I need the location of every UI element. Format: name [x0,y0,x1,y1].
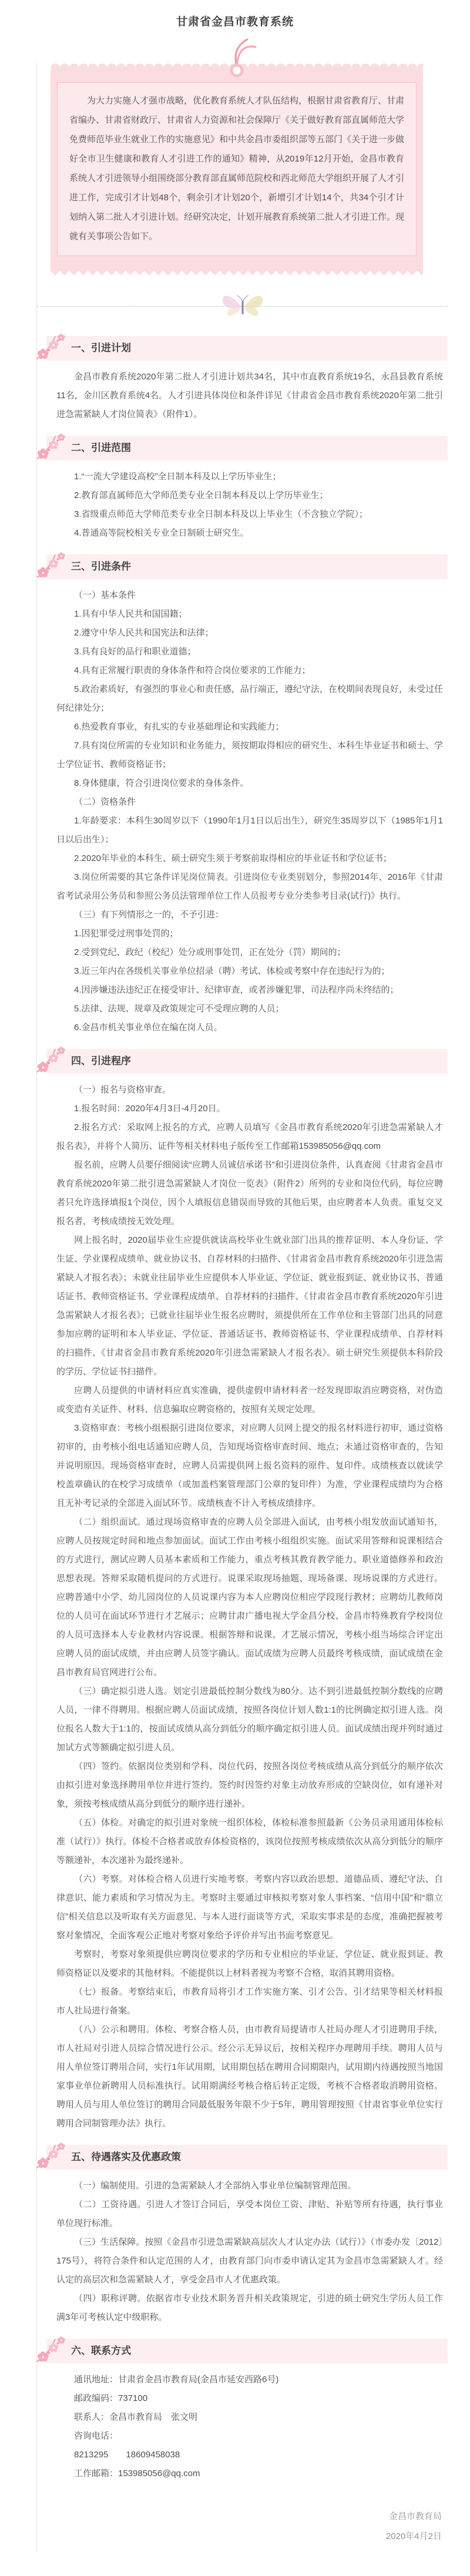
section-body: 金昌市教育系统2020年第二批人才引进计划共34名，其中市直教育系统19名，永昌… [37,361,448,426]
section-body: （一）基本条件1.具有中华人民共和国国籍；2.遵守中华人民共和国宪法和法律；3.… [37,579,448,1040]
paragraph: 8213295 18609458038 [56,2446,443,2464]
paragraph: 应聘人员提供的申请材料应真实准确，提供虚假申请材料者一经发现即取消应聘资格，对伪… [56,1381,443,1419]
section-title: 五、待遇落实及优惠政策 [71,2151,181,2163]
sakura-icon [34,331,68,362]
paragraph: 2.2020年毕业的本科生、硕士研究生须于考察前取得相应的毕业证书和学位证书； [56,849,443,868]
paragraph: （二）组织面试。通过现场资格审查的应聘人员全部进入面试，由考核小组发放面试通知书… [56,1513,443,1682]
paragraph: （一）编制使用。引进的急需紧缺人才全部纳入事业单位编制管理范围。 [56,2177,443,2195]
paragraph: 1.“一流大学建设高校”全日制本科及以上学历毕业生； [56,468,443,486]
paragraph: 网上报名时，2020届毕业生应提供就读高校毕业生就业部门出具的推荐证明、本人身份… [56,1231,443,1381]
section: 一、引进计划 金昌市教育系统2020年第二批人才引进计划共34名，其中市直教育系… [37,336,448,426]
sakura-icon [34,2333,68,2365]
paragraph: 1.因犯罪受过刑事处罚的； [56,924,443,943]
paragraph: 4.普通高等院校相关专业全日制硕士研究生。 [56,524,443,543]
section-title: 六、联系方式 [71,2345,131,2356]
section-heading: 二、引进范围 [46,436,448,460]
section-title: 三、引进条件 [71,561,131,572]
section-body: （一）编制使用。引进的急需紧缺人才全部纳入事业单位编制管理范围。（二）工资待遇。… [37,2170,448,2329]
paragraph: 联系人：金昌市教育局 张文明 [56,2408,443,2427]
paragraph: （二）工资待遇。引进人才签订合同后，享受本岗位工资、津贴、补贴等所有待遇，执行事… [56,2195,443,2233]
sakura-icon [34,549,68,581]
footer: 金昌市教育局 2020年4月2日 [37,2486,448,2547]
paragraph: （七）报备。考察结束后，市教育局将引才工作实施方案、引才公告、引才结果等相关材料… [56,1983,443,2020]
paragraph: （四）签约。依据岗位类别和学科、岗位代码，按照各岗位考核成绩从高分到低分的顺序依… [56,1757,443,1814]
ribbon-icon [209,32,265,78]
zigzag-edge [51,270,423,275]
paragraph: （四）职称评聘。依据省市专业技术职务晋升相关政策规定，引进的硕士研究生学历人员工… [56,2289,443,2327]
paragraph: 2.报名方式：采取网上报名的方式，应聘人员填写《金昌市教育系统2020年引进急需… [56,1118,443,1156]
paragraph: 2.受到党纪、政纪（校纪）处分或刑事处罚，正在处分（罚）期间的； [56,943,443,962]
paragraph: 3.资格审查：考核小组根据引进岗位要求，对应聘人员网上提交的报名材料进行初审，通… [56,1419,443,1513]
notice-inner: 为大力实施人才强市战略，优化教育系统人才队伍结构，根据甘肃省教育厅、甘肃省编办、… [57,82,417,256]
section: 三、引进条件 （一）基本条件1.具有中华人民共和国国籍；2.遵守中华人民共和国宪… [37,554,448,1040]
paragraph: 通讯地址：甘肃省金昌市教育局(金昌市延安西路6号) [56,2370,443,2389]
sakura-icon [34,431,68,462]
paragraph: （一）基本条件 [56,586,443,605]
paragraph: 考察时，考察对象须提供应聘岗位要求的学历和专业相应的毕业证、学位证、就业报到证、… [56,1945,443,1983]
paragraph: 5.政治素质好，有强烈的事业心和责任感，品行端正，遵纪守法，在校期间表现良好，未… [56,680,443,718]
intro-paragraph: 为大力实施人才强市战略，优化教育系统人才队伍结构，根据甘肃省教育厅、甘肃省编办、… [69,91,404,246]
section-title: 二、引进范围 [71,442,131,453]
paragraph: 8.身体健康，符合引进岗位要求的身体条件。 [56,774,443,793]
paragraph: 6.金昌市机关事业单位在编在岗人员。 [56,1018,443,1037]
section: 四、引进程序 （一）报名与资格审查。1.报名时间：2020年4月3日-4月20日… [37,1049,448,2136]
butterfly-icon [218,291,267,323]
paragraph: 报名前，应聘人员要仔细阅读“应聘人员诚信承诺书”和引进岗位条件，认真查阅《甘肃省… [56,1156,443,1231]
article: 为大力实施人才强市战略，优化教育系统人才队伍结构，根据甘肃省教育厅、甘肃省编办、… [36,63,448,2553]
paragraph: 1.报名时间：2020年4月3日-4月20日。 [56,1099,443,1118]
paragraph: 4.具有正常履行职责的身体条件和符合岗位要求的工作能力； [56,661,443,680]
paragraph: 3.近三年内在各级机关事业单位招录（聘）考试、体检或考察中存在违纪行为的； [56,962,443,981]
paragraph: 3.具有良好的品行和职业道德； [56,643,443,661]
footer-date: 2020年4月2日 [37,2527,442,2547]
section-title: 一、引进计划 [71,342,131,354]
section-heading: 六、联系方式 [46,2339,448,2363]
section-heading: 一、引进计划 [46,336,448,361]
paragraph: （二）资格条件 [56,793,443,812]
paragraph: 6.热爱教育事业，有扎实的专业基础理论和实践能力； [56,718,443,737]
paragraph: 2.教育部直属师范大学师范类专业全日制本科及以上学历毕业生； [56,486,443,505]
section-divider [37,306,448,307]
paragraph: 咨询电话： [56,2427,443,2446]
paragraph: 邮政编码：737100 [56,2389,443,2408]
paragraph: （三）确定拟引进人选。划定引进最低控制分数线为80分。达不到引进最低控制分数线的… [56,1682,443,1757]
notice-outer: 为大力实施人才强市战略，优化教育系统人才队伍结构，根据甘肃省教育厅、甘肃省编办、… [51,68,423,270]
paragraph: 7.具有岗位所需的专业知识和业务能力，须按期取得相应的研究生、本科生毕业证书和硕… [56,737,443,774]
paragraph: （三）生活保障。按照《金昌市引进急需紧缺高层次人才认定办法（试行）》（市委办发〔… [56,2233,443,2289]
section-heading: 三、引进条件 [46,554,448,579]
paragraph: 金昌市教育系统2020年第二批人才引进计划共34名，其中市直教育系统19名，永昌… [56,368,443,424]
paragraph: 4.因涉嫌违法违纪正在接受审计、纪律审查，或者涉嫌犯罪，司法程序尚未终结的； [56,981,443,1000]
paragraph: 1.年龄要求：本科生30周岁以下（1990年1月1日以后出生），研究生35周岁以… [56,812,443,849]
paragraph: （八）公示和聘用。体检、考察合格人员，由市教育局提请市人社局办理人才引进聘用手续… [56,2020,443,2133]
section-body: （一）报名与资格审查。1.报名时间：2020年4月3日-4月20日。2.报名方式… [37,1074,448,2136]
paragraph: 5.法律、法规、规章及政策规定可不受理应聘的人员； [56,1000,443,1018]
paragraph: 工作邮箱：153985056@qq.com [56,2464,443,2483]
paragraph: （三）有下列情形之一的，不予引进： [56,906,443,924]
paragraph: 1.具有中华人民共和国国籍； [56,605,443,624]
section-heading: 四、引进程序 [46,1049,448,1074]
section-title: 四、引进程序 [71,1055,131,1067]
paragraph: （六）考察。对体检合格人员进行实地考察。考察内容以政治思想、道德品质、遵纪守法、… [56,1870,443,1945]
section-body: 通讯地址：甘肃省金昌市教育局(金昌市延安西路6号)邮政编码：737100联系人：… [37,2363,448,2486]
paragraph: （一）报名与资格审查。 [56,1081,443,1099]
section: 二、引进范围 1.“一流大学建设高校”全日制本科及以上学历毕业生；2.教育部直属… [37,436,448,545]
section: 五、待遇落实及优惠政策 （一）编制使用。引进的急需紧缺人才全部纳入事业单位编制管… [37,2145,448,2329]
section-heading: 五、待遇落实及优惠政策 [46,2145,448,2170]
page-title: 甘肃省金昌市教育系统 [0,13,470,29]
paragraph: 2.遵守中华人民共和国宪法和法律； [56,624,443,643]
sakura-icon [34,1044,68,1075]
notice-box: 为大力实施人才强市战略，优化教育系统人才队伍结构，根据甘肃省教育厅、甘肃省编办、… [51,63,423,275]
footer-org: 金昌市教育局 [37,2507,442,2527]
section: 六、联系方式 通讯地址：甘肃省金昌市教育局(金昌市延安西路6号)邮政编码：737… [37,2339,448,2486]
paragraph: 3.岗位所需要的其它条件详见岗位简表。引进岗位专业类别划分，参照2014年、20… [56,868,443,906]
announcement-page: 甘肃省金昌市教育系统 为大力实施人才强市战略，优化教育系统人才队伍结构，根据甘肃… [0,0,470,2576]
section-body: 1.“一流大学建设高校”全日制本科及以上学历毕业生；2.教育部直属师范大学师范类… [37,460,448,545]
paragraph: （五）体检。对确定的拟引进对象统一组织体检，体检标准参照最新《公务员录用通用体检… [56,1814,443,1870]
paragraph: 3.省级重点师范大学师范类专业全日制本科及以上毕业生（不含独立学院）； [56,505,443,524]
sections: 一、引进计划 金昌市教育系统2020年第二批人才引进计划共34名，其中市直教育系… [37,336,448,2486]
sakura-icon [34,2140,68,2171]
